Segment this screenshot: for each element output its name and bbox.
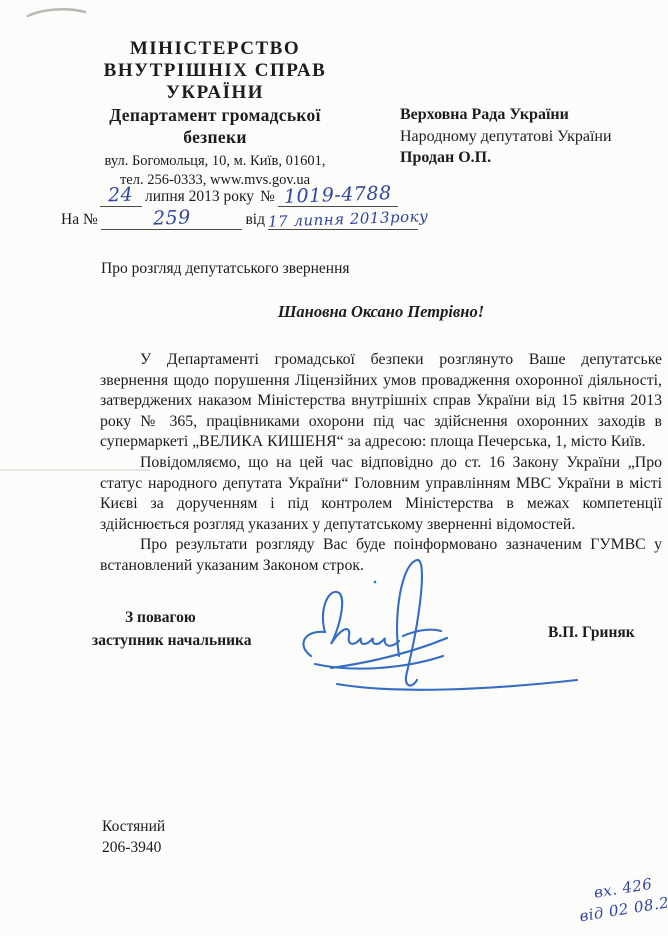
outgoing-reference-row: 24 липня 2013 року № 1019-4788 <box>58 184 418 207</box>
subject-line: Про розгляд депутатського звернення <box>101 260 350 278</box>
signer-position: заступник начальника <box>92 629 252 652</box>
executor-name: Костяний <box>102 816 165 837</box>
body-paragraph-2: Повідомляємо, що на цей час відповідно д… <box>100 453 662 535</box>
incoming-date-handwritten: 17 липня 2013року <box>268 208 429 230</box>
executor-block: Костяний 206-3940 <box>102 816 165 858</box>
closing-block: З повагою заступник начальника <box>92 606 252 652</box>
incoming-date-field: 17 липня 2013року <box>268 211 418 230</box>
incoming-reference-row: На № 259 від 17 липня 2013року <box>58 207 418 230</box>
body-paragraph-1: У Департаменті громадської безпеки розгл… <box>100 350 662 453</box>
scanned-letter-page: МІНІСТЕРСТВО ВНУТРІШНІХ СПРАВ УКРАЇНИ Де… <box>0 0 668 936</box>
incoming-number-field: 259 <box>101 209 243 230</box>
letter-body: У Департаменті громадської безпеки розгл… <box>100 350 662 577</box>
outgoing-number-field: 1019-4788 <box>278 186 398 207</box>
signer-name: В.П. Гриняк <box>548 624 635 642</box>
recipient-institution: Верховна Рада України <box>400 104 612 126</box>
ministry-name-line1: МІНІСТЕРСТВО <box>70 38 360 60</box>
letterhead-address: вул. Богомольця, 10, м. Київ, 01601, <box>70 152 360 171</box>
ministry-name-line3: УКРАЇНИ <box>70 82 360 104</box>
recipient-name: Продан О.П. <box>400 147 612 169</box>
recipient-block: Верховна Рада України Народному депутато… <box>400 104 612 169</box>
ministry-name-line2: ВНУТРІШНІХ СПРАВ <box>70 60 360 82</box>
closing-phrase: З повагою <box>125 606 252 629</box>
outgoing-number-handwritten: 1019-4788 <box>284 184 392 207</box>
registration-note: вх. 426 від 02 08.2013 <box>575 861 668 928</box>
incoming-number-handwritten: 259 <box>152 208 190 228</box>
scan-artifact-mark <box>26 3 88 21</box>
executor-phone: 206-3940 <box>102 837 165 858</box>
salutation: Шановна Оксано Петрівно! <box>100 302 662 322</box>
department-name-line1: Департамент громадської <box>70 104 360 126</box>
incoming-label: На № <box>58 211 101 230</box>
recipient-role: Народному депутатові України <box>400 126 612 148</box>
outgoing-date-printed: липня 2013 року <box>142 188 257 207</box>
incoming-from-label: від <box>242 211 268 230</box>
letterhead-block: МІНІСТЕРСТВО ВНУТРІШНІХ СПРАВ УКРАЇНИ Де… <box>70 38 360 190</box>
outgoing-number-label: № <box>257 188 278 207</box>
outgoing-day-handwritten: 24 <box>108 186 134 206</box>
department-name-line2: безпеки <box>70 126 360 148</box>
outgoing-day-field: 24 <box>100 186 142 207</box>
reference-block: 24 липня 2013 року № 1019-4788 На № 259 … <box>58 184 418 230</box>
